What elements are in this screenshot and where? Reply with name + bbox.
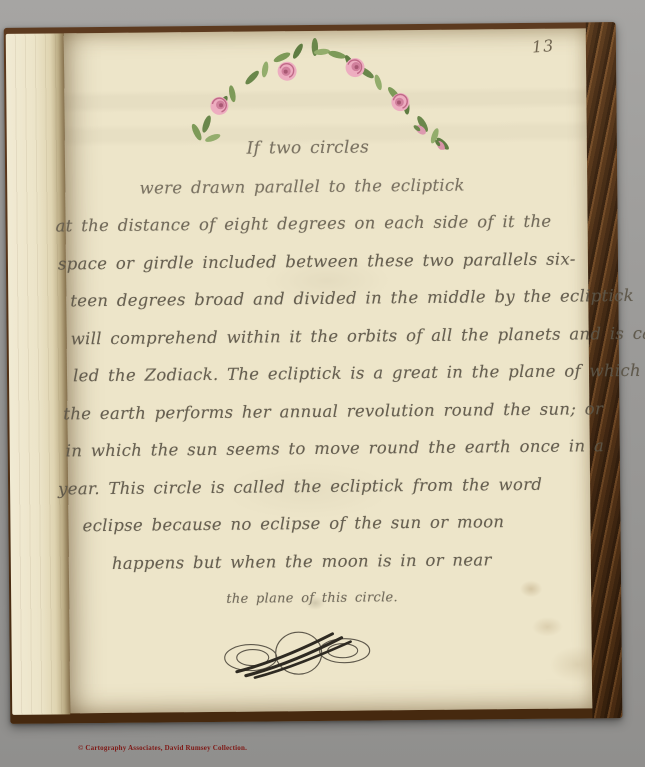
manuscript-line: the earth performs her annual revolution… xyxy=(63,390,541,432)
manuscript-line: led the Zodiack. The ecliptick is a grea… xyxy=(73,353,551,395)
rose-blossom xyxy=(210,97,228,115)
page-number: 13 xyxy=(531,36,555,57)
rose-blossom xyxy=(278,62,297,81)
book: 13 xyxy=(4,22,623,724)
rose-blossom xyxy=(391,93,409,111)
manuscript-line: were drawn parallel to the ecliptick xyxy=(63,165,541,207)
manuscript-line: If two circles xyxy=(69,128,547,170)
manuscript-text: If two circles were drawn parallel to th… xyxy=(69,128,552,620)
manuscript-line: teen degrees broad and divided in the mi… xyxy=(70,278,548,320)
calligraphic-flourish-icon xyxy=(220,628,380,680)
manuscript-line: space or girdle included between these t… xyxy=(58,240,536,282)
manuscript-line: year. This circle is called the ecliptic… xyxy=(58,465,536,507)
manuscript-line: happens but when the moon is in or near xyxy=(63,540,541,582)
rose-blossom xyxy=(345,58,364,77)
manuscript-line: will comprehend within it the orbits of … xyxy=(70,315,548,357)
copyright-credit: © Cartography Associates, David Rumsey C… xyxy=(78,744,247,752)
manuscript-page: 13 xyxy=(64,28,593,713)
manuscript-line: in which the sun seems to move round the… xyxy=(66,428,544,470)
previous-page-edge xyxy=(6,33,71,715)
manuscript-line: the plane of this circle. xyxy=(73,578,551,620)
manuscript-line: at the distance of eight degrees on each… xyxy=(55,203,533,245)
manuscript-line: eclipse because no eclipse of the sun or… xyxy=(54,503,532,545)
